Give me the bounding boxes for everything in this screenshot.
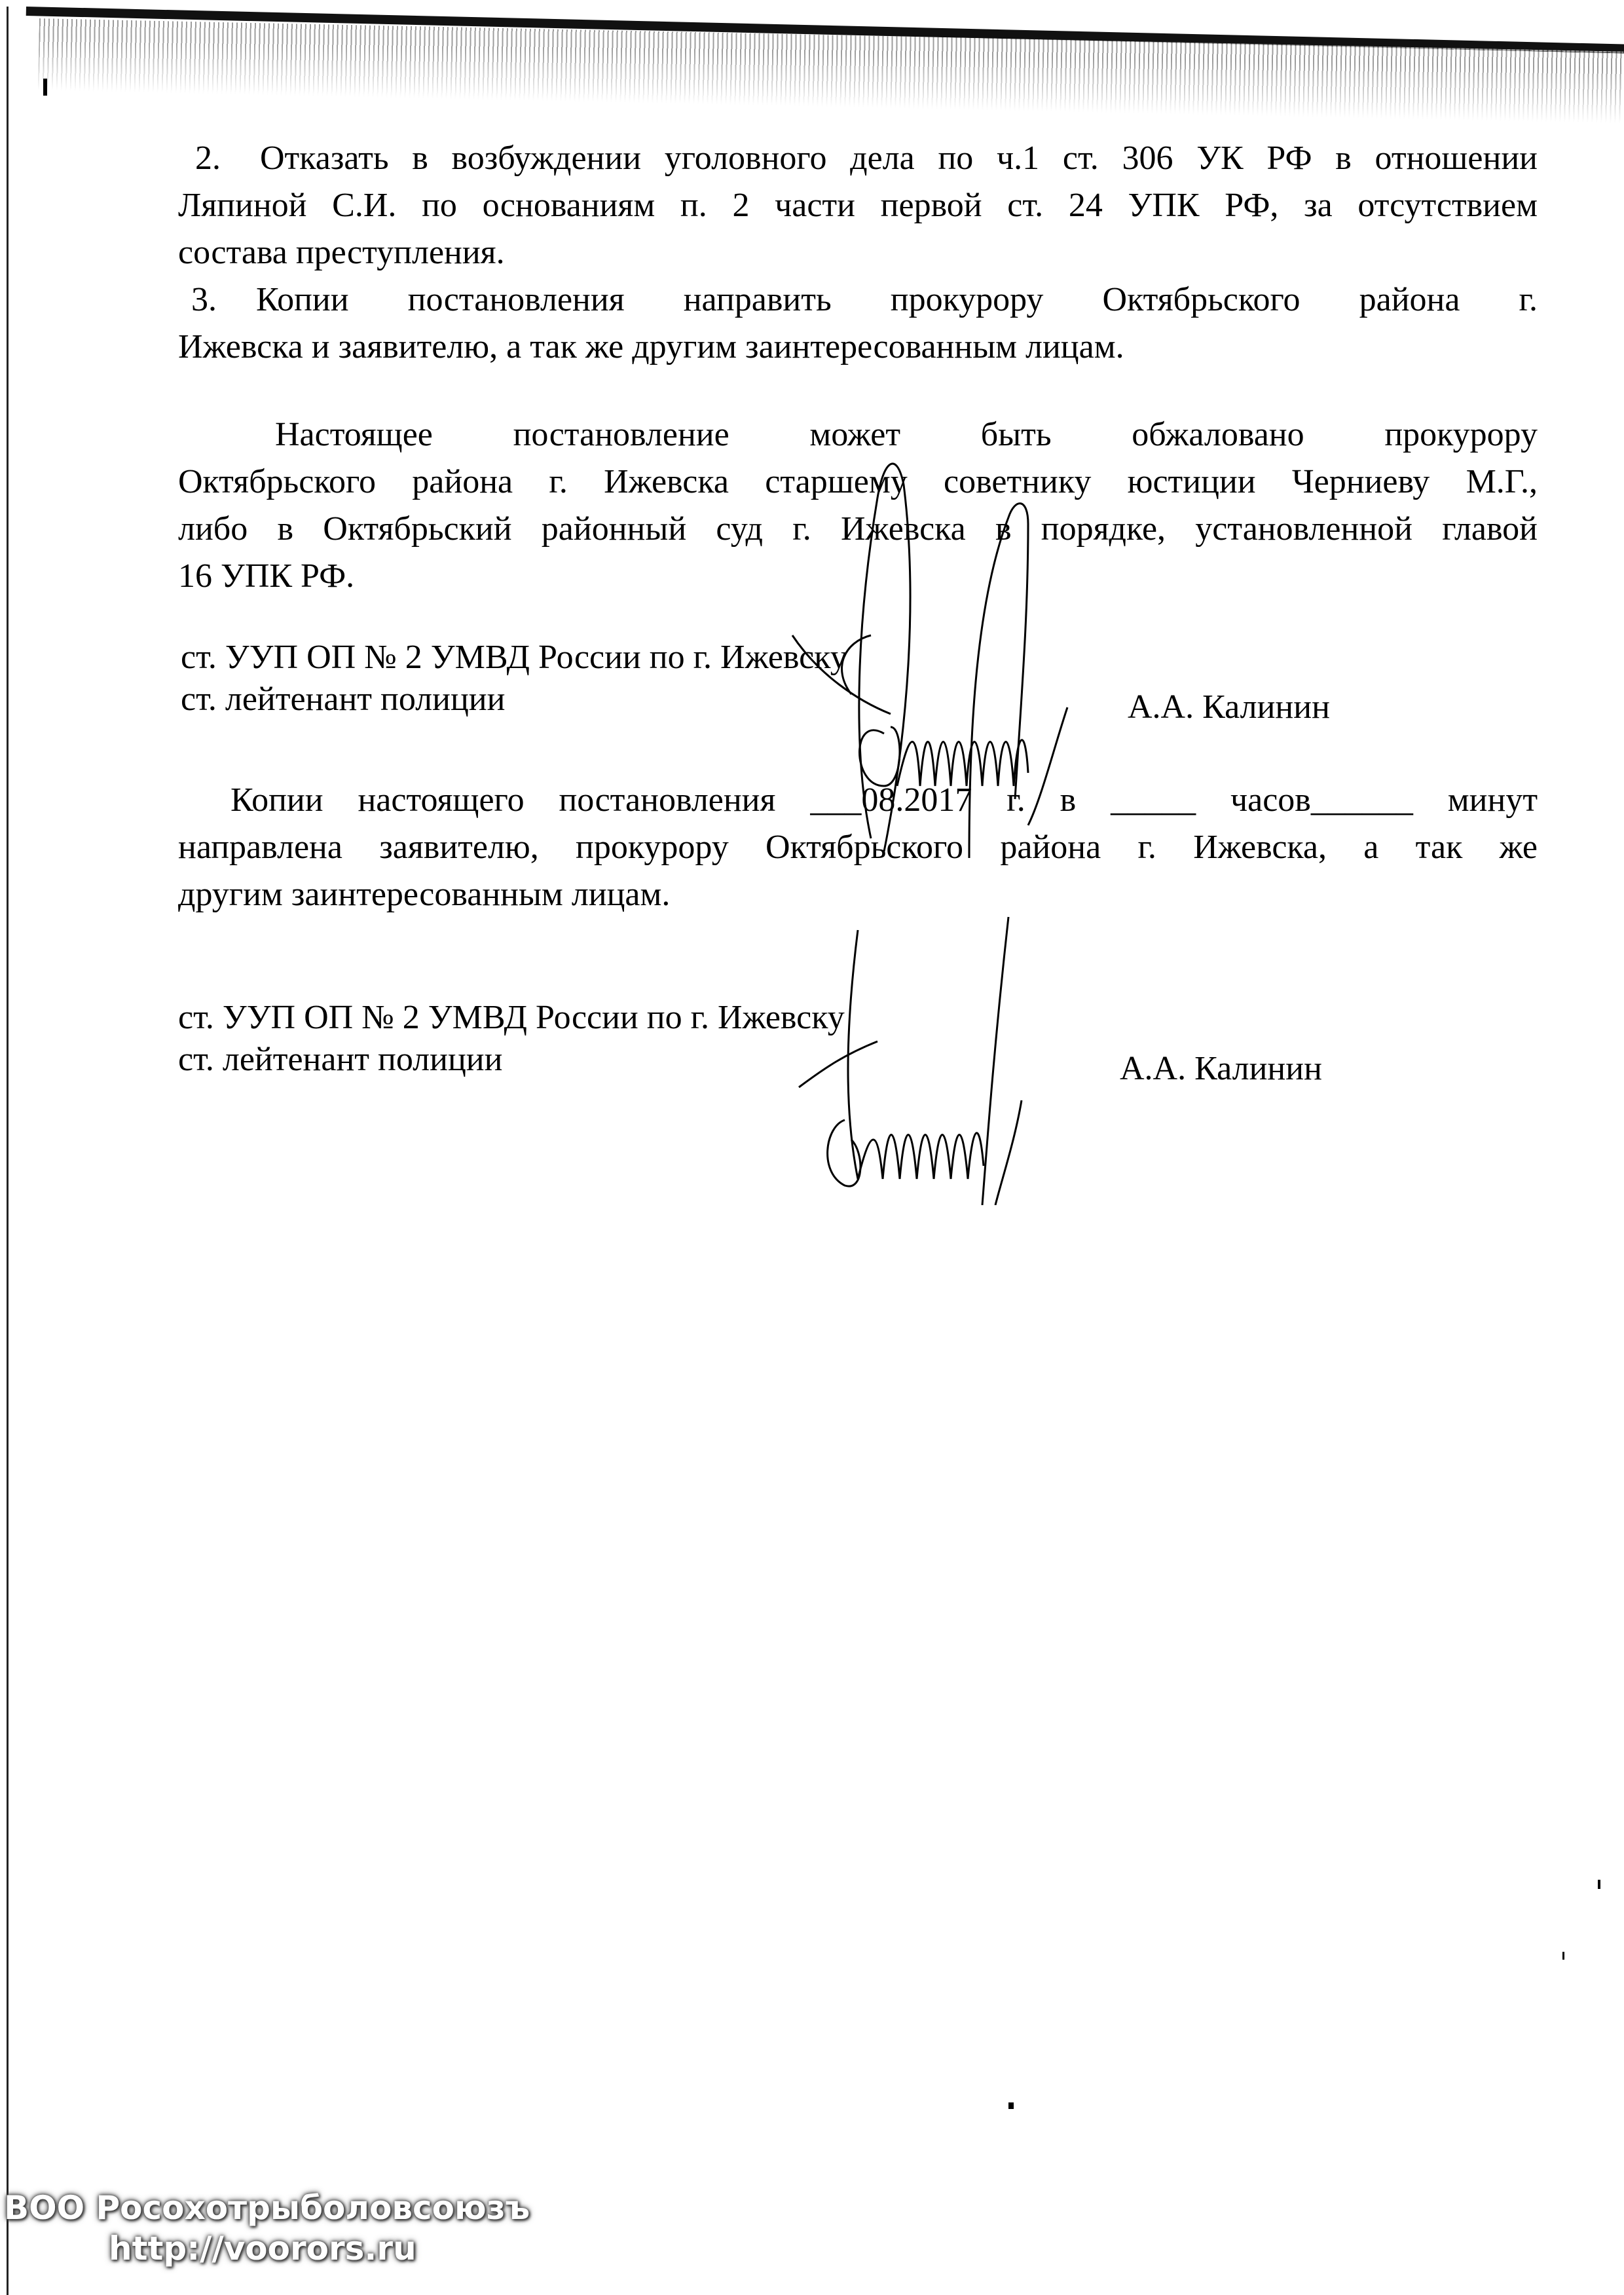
- signer-rank: ст. лейтенант полиции: [181, 679, 847, 720]
- scan-speck: [1008, 2102, 1014, 2109]
- scan-speck: [1562, 1952, 1564, 1960]
- minutes-blank: ______: [1311, 781, 1413, 819]
- paragraph-item-3: 3.Копии постановления направить прокурор…: [178, 276, 1538, 371]
- handwritten-signature-1: [753, 419, 1146, 878]
- item-2-text: Отказать в возбуждении уголовного дела п…: [260, 140, 1538, 177]
- minutes-label: минут: [1448, 781, 1538, 819]
- item-3-line-1: 3.Копии постановления направить прокурор…: [178, 276, 1538, 324]
- paragraph-item-2: 2.Отказать в возбуждении уголовного дела…: [178, 135, 1538, 276]
- signer-rank: ст. лейтенант полиции: [178, 1039, 845, 1081]
- item-2-line-2: Ляпиной С.И. по основаниям п. 2 части пе…: [178, 182, 1538, 229]
- item-3-line-2: Ижевска и заявителю, а так же другим заи…: [178, 324, 1538, 371]
- signer-name-2: А.А. Калинин: [1120, 1049, 1322, 1088]
- signer-position: ст. УУП ОП № 2 УМВД России по г. Ижевску: [178, 997, 845, 1039]
- watermark: ВОО Росохотрыболовсоюзъ http://voorors.r…: [4, 2188, 567, 2269]
- watermark-url: http://voorors.ru: [4, 2228, 567, 2269]
- scan-speck: [1598, 1880, 1600, 1889]
- item-2-line-1: 2.Отказать в возбуждении уголовного дела…: [178, 135, 1538, 182]
- signature-block-1: ст. УУП ОП № 2 УМВД России по г. Ижевску…: [181, 637, 847, 720]
- item-2-line-3: состава преступления.: [178, 229, 1538, 276]
- handwritten-signature-2: [773, 904, 1139, 1205]
- item-number: 2.: [195, 140, 221, 177]
- item-number: 3.: [191, 281, 217, 318]
- signer-name-1: А.А. Калинин: [1128, 688, 1330, 726]
- copies-prefix: Копии настоящего постановления: [231, 781, 775, 819]
- hours-label: часов: [1230, 781, 1311, 819]
- signer-position: ст. УУП ОП № 2 УМВД России по г. Ижевску: [181, 637, 847, 679]
- scan-speck: [43, 79, 47, 96]
- watermark-org: ВОО Росохотрыболовсоюзъ: [4, 2188, 567, 2228]
- scan-edge-left: [7, 7, 9, 2295]
- item-3-text: Копии постановления направить прокурору …: [256, 281, 1538, 318]
- signature-block-2: ст. УУП ОП № 2 УМВД России по г. Ижевску…: [178, 997, 845, 1081]
